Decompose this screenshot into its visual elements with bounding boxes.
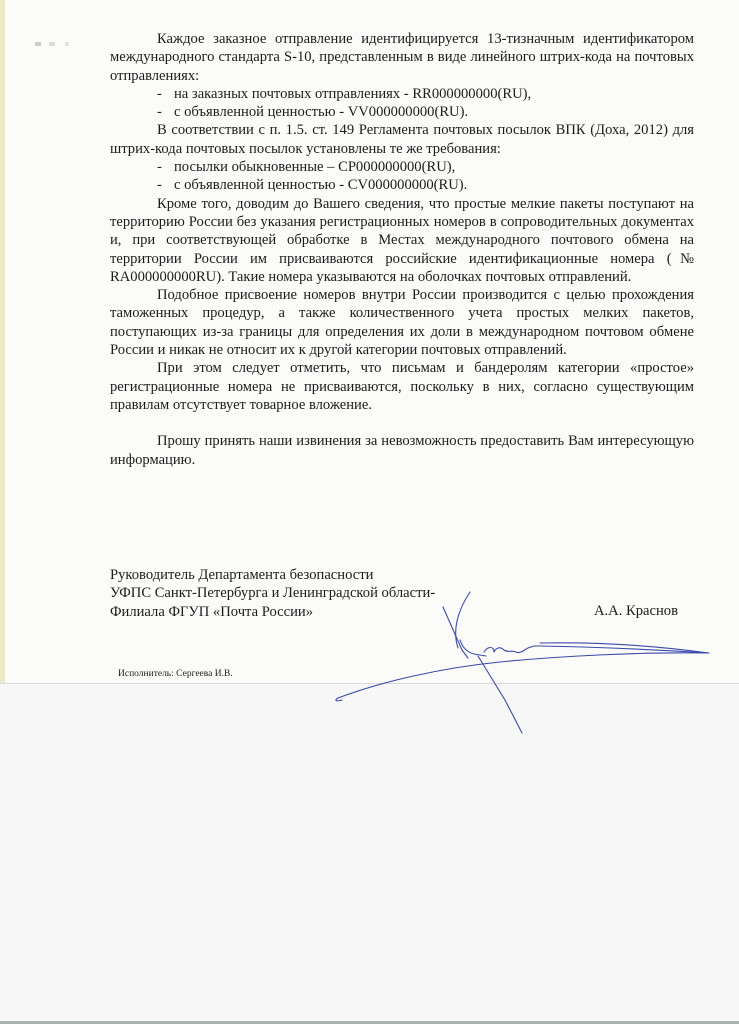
- list-item-text: с объявленной ценностью - CV000000000(RU…: [174, 177, 467, 193]
- paragraph-s10-identifier: Каждое заказное отправление идентифициру…: [110, 30, 694, 85]
- list-dash: -: [157, 103, 174, 121]
- paragraph-parcel-regulation: В соответствии с п. 1.5. ст. 149 Регламе…: [110, 121, 694, 158]
- list-item: -посылки обыкновенные – CP000000000(RU),: [110, 158, 694, 176]
- signer-title-line: Руководитель Департамента безопасности: [110, 566, 700, 584]
- list-item-text: на заказных почтовых отправлениях - RR00…: [174, 86, 531, 102]
- list-item: -на заказных почтовых отправлениях - RR0…: [110, 85, 694, 103]
- list-registered-formats: -на заказных почтовых отправлениях - RR0…: [110, 85, 694, 122]
- list-parcel-formats: -посылки обыкновенные – CP000000000(RU),…: [110, 158, 694, 195]
- list-dash: -: [157, 158, 174, 176]
- list-item-text: с объявленной ценностью - VV000000000(RU…: [174, 104, 468, 120]
- scan-artifact: [35, 42, 75, 46]
- signature-block: Руководитель Департамента безопасности У…: [110, 566, 700, 621]
- letter-body: Каждое заказное отправление идентифициру…: [110, 30, 694, 469]
- list-item: -с объявленной ценностью - CV000000000(R…: [110, 176, 694, 194]
- paragraph-simple-letters: При этом следует отметить, что письмам и…: [110, 359, 694, 414]
- list-dash: -: [157, 85, 174, 103]
- executor-note: Исполнитель: Сергеева И.В.: [118, 668, 233, 680]
- list-item-text: посылки обыкновенные – CP000000000(RU),: [174, 159, 455, 175]
- paragraph-number-assignment: Подобное присвоение номеров внутри Росси…: [110, 286, 694, 359]
- paragraph-small-packets: Кроме того, доводим до Вашего сведения, …: [110, 195, 694, 286]
- paragraph-apology: Прошу принять наши извинения за невозмож…: [110, 432, 694, 469]
- list-dash: -: [157, 176, 174, 194]
- paragraph-gap: [110, 414, 694, 432]
- lower-page-panel: [0, 684, 739, 1021]
- paper-fold-line: [0, 683, 739, 684]
- signer-title-line: УФПС Санкт-Петербурга и Ленинградской об…: [110, 584, 700, 602]
- list-item: -с объявленной ценностью - VV000000000(R…: [110, 103, 694, 121]
- signer-name: А.А. Краснов: [594, 602, 678, 620]
